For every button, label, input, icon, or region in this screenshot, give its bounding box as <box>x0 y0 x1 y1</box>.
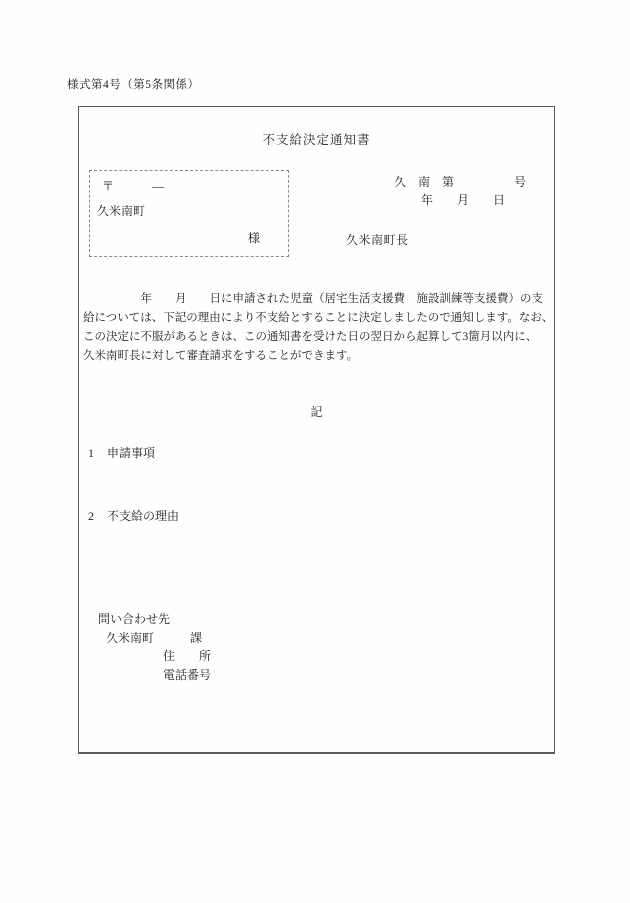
document-page: 様式第4号（第5条関係） 不支給決定通知書 〒— 久米南町 様 久 南 第 号 … <box>0 0 630 903</box>
body-line: 久米南町長に対して審査請求をすることができます。 <box>83 347 553 366</box>
sender-name: 久米南町長 <box>346 231 409 248</box>
postal-code-blank-dash: — <box>152 179 164 194</box>
postal-mark-icon: 〒 <box>102 179 114 193</box>
contact-phone-label: 電話番号 <box>163 666 211 685</box>
document-number-block: 久 南 第 号 年 月 日 <box>394 173 526 209</box>
item-number: 1 <box>88 446 107 461</box>
item-label: 申請事項 <box>107 446 155 460</box>
contact-block: 問い合わせ先 久米南町 課 住 所 電話番号 <box>79 610 211 684</box>
list-item-reason: 2不支給の理由 <box>88 507 179 524</box>
recipient-address-box: 〒— 久米南町 様 <box>89 170 289 257</box>
contact-office-line: 久米南町 課 <box>106 629 211 648</box>
list-item-application: 1申請事項 <box>88 444 155 461</box>
body-line: 年 月 日に申請された児童（居宅生活支援費 施設訓練等支援費）の支 <box>83 290 553 309</box>
body-line: この決定に不服があるときは、この通知書を受けた日の翌日から起算して3箇月以内に、 <box>83 328 553 347</box>
recipient-town: 久米南町 <box>97 202 145 219</box>
item-label: 不支給の理由 <box>107 509 179 523</box>
document-date-line: 年 月 日 <box>421 191 526 209</box>
notice-body: 年 月 日に申請された児童（居宅生活支援費 施設訓練等支援費）の支 給については… <box>83 290 553 366</box>
record-heading: 記 <box>79 403 554 420</box>
notice-border-box: 不支給決定通知書 〒— 久米南町 様 久 南 第 号 年 月 日 久米南町長 年… <box>78 106 555 754</box>
form-number-label: 様式第4号（第5条関係） <box>67 76 200 92</box>
item-number: 2 <box>88 509 107 524</box>
contact-heading: 問い合わせ先 <box>98 610 211 629</box>
body-line: 給については、下記の理由により不支給とすることに決定しましたので通知します。なお… <box>83 309 553 328</box>
recipient-honorific: 様 <box>248 229 260 246</box>
postal-code-line: 〒— <box>102 177 164 194</box>
document-number-line: 久 南 第 号 <box>394 173 526 191</box>
document-title: 不支給決定通知書 <box>79 130 554 148</box>
contact-address-label: 住 所 <box>163 647 211 666</box>
